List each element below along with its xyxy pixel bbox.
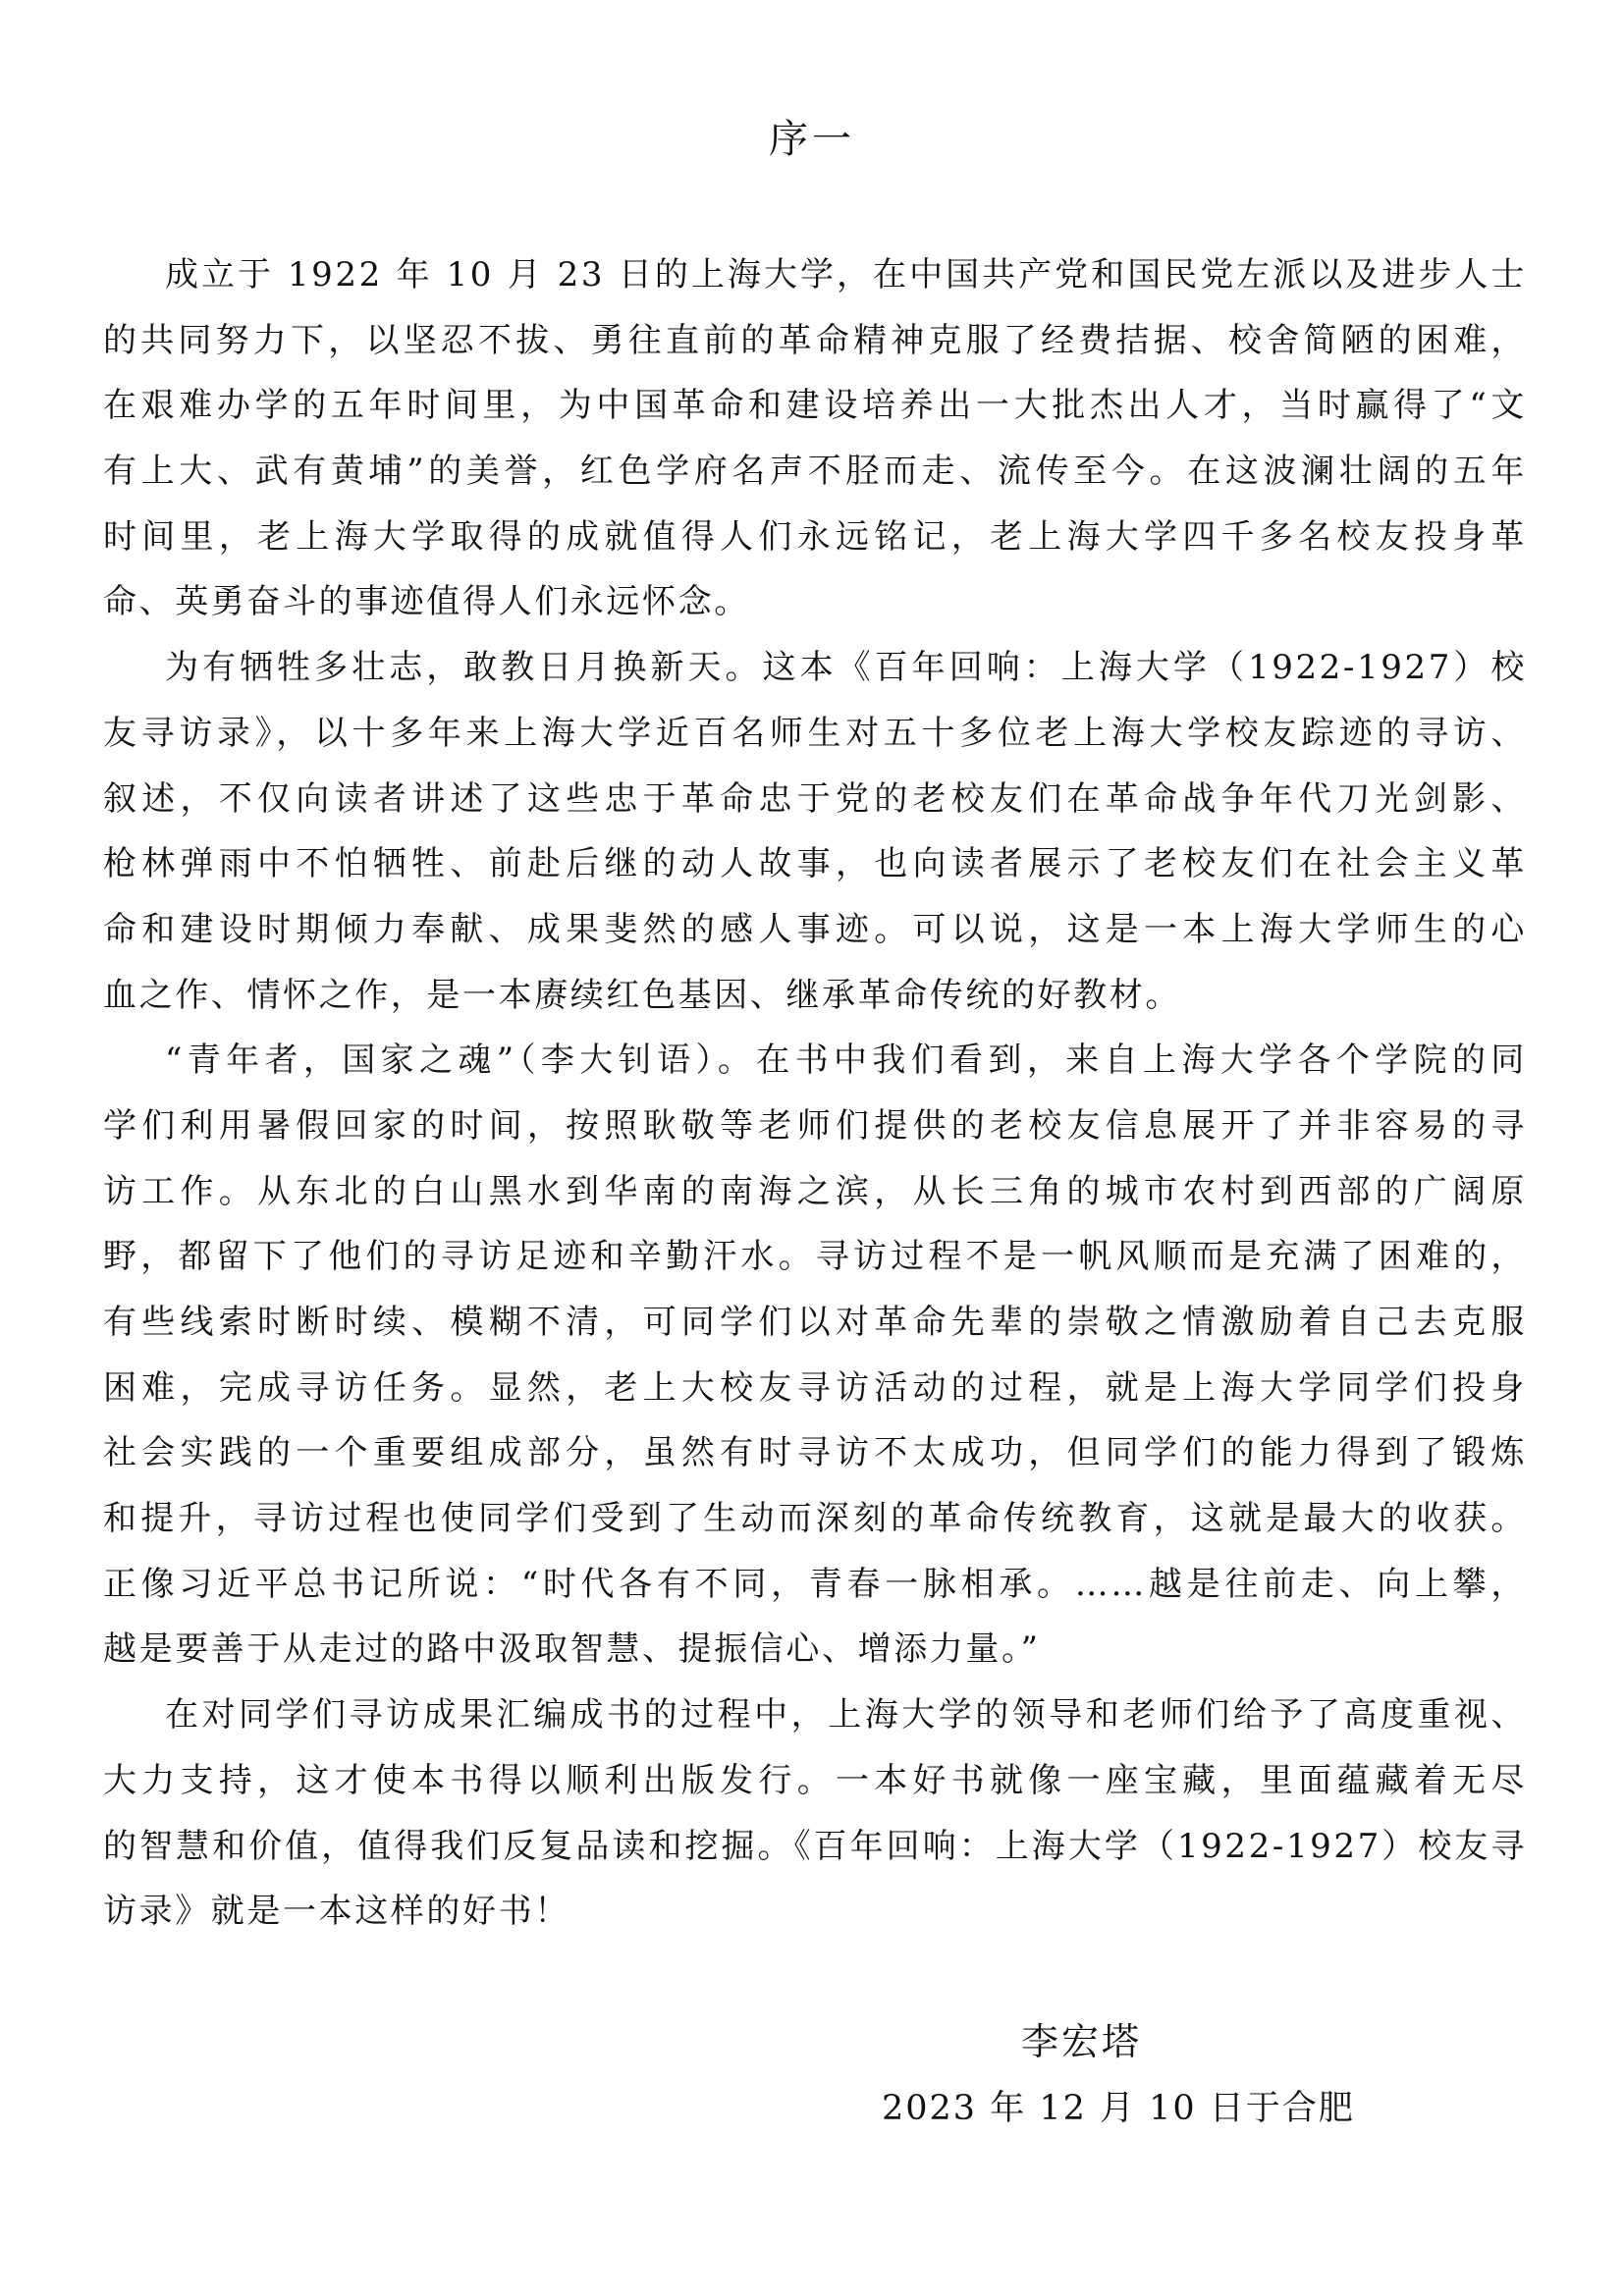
text-line: 血之作、情怀之作，是一本赓续红色基因、继承革命传统的好教材。 <box>103 968 1527 1034</box>
text-line: 困难，完成寻访任务。显然，老上大校友寻访活动的过程，就是上海大学同学们投身 <box>103 1361 1527 1426</box>
author-signature: 李宏塔 <box>1021 2014 1142 2069</box>
signature-date: 2023 年 12 月 10 日于合肥 <box>882 2081 1355 2136</box>
text-line: 为有牺牲多壮志，敢教日月换新天。这本《百年回响：上海大学（1922-1927）校 <box>103 640 1527 706</box>
text-line: 有些线索时断时续、模糊不清，可同学们以对革命先辈的崇敬之情激励着自己去克服 <box>103 1295 1527 1361</box>
text-line: “青年者，国家之魂”（李大钊语）。在书中我们看到，来自上海大学各个学院的同 <box>103 1033 1527 1098</box>
text-line: 有上大、武有黄埔”的美誉，红色学府名声不胫而走、流传至今。在这波澜壮阔的五年 <box>103 444 1527 509</box>
text-line: 野，都留下了他们的寻访足迹和辛勤汗水。寻访过程不是一帆风顺而是充满了困难的， <box>103 1229 1527 1295</box>
text-line: 命和建设时期倾力奉献、成果斐然的感人事迹。可以说，这是一本上海大学师生的心 <box>103 902 1527 968</box>
text-line: 成立于 1922 年 10 月 23 日的上海大学，在中国共产党和国民党左派以及… <box>103 247 1527 313</box>
text-line: 的共同努力下，以坚忍不拔、勇往直前的革命精神克服了经费拮据、校舍简陋的困难， <box>103 313 1527 379</box>
text-line: 学们利用暑假回家的时间，按照耿敬等老师们提供的老校友信息展开了并非容易的寻 <box>103 1098 1527 1164</box>
text-line: 正像习近平总书记所说：“时代各有不同，青春一脉相承。……越是往前走、向上攀， <box>103 1557 1527 1623</box>
text-line: 时间里，老上海大学取得的成就值得人们永远铭记，老上海大学四千多名校友投身革 <box>103 509 1527 575</box>
text-line: 大力支持，这才使本书得以顺利出版发行。一本好书就像一座宝藏，里面蕴藏着无尽 <box>103 1753 1527 1819</box>
document-page: 序一 成立于 1922 年 10 月 23 日的上海大学，在中国共产党和国民党左… <box>0 0 1624 2296</box>
text-line: 命、英勇奋斗的事迹值得人们永远怀念。 <box>103 574 1527 640</box>
text-line: 在对同学们寻访成果汇编成书的过程中，上海大学的领导和老师们给予了高度重视、 <box>103 1687 1527 1753</box>
text-line: 社会实践的一个重要组成部分，虽然有时寻访不太成功，但同学们的能力得到了锻炼 <box>103 1425 1527 1491</box>
paragraph-4: 在对同学们寻访成果汇编成书的过程中，上海大学的领导和老师们给予了高度重视、 大力… <box>103 1687 1527 1949</box>
page-title: 序一 <box>0 110 1624 169</box>
paragraph-1: 成立于 1922 年 10 月 23 日的上海大学，在中国共产党和国民党左派以及… <box>103 247 1527 640</box>
text-line: 友寻访录》，以十多年来上海大学近百名师生对五十多位老上海大学校友踪迹的寻访、 <box>103 706 1527 772</box>
text-line: 在艰难办学的五年时间里，为中国革命和建设培养出一大批杰出人才，当时赢得了“文 <box>103 378 1527 444</box>
text-line: 叙述，不仅向读者讲述了这些忠于革命忠于党的老校友们在革命战争年代刀光剑影、 <box>103 772 1527 837</box>
text-line: 越是要善于从走过的路中汲取智慧、提振信心、增添力量。” <box>103 1622 1527 1687</box>
text-line: 访工作。从东北的白山黑水到华南的南海之滨，从长三角的城市农村到西部的广阔原 <box>103 1164 1527 1230</box>
text-line: 和提升，寻访过程也使同学们受到了生动而深刻的革命传统教育，这就是最大的收获。 <box>103 1491 1527 1557</box>
text-line: 枪林弹雨中不怕牺牲、前赴后继的动人故事，也向读者展示了老校友们在社会主义革 <box>103 836 1527 902</box>
preface-body: 成立于 1922 年 10 月 23 日的上海大学，在中国共产党和国民党左派以及… <box>103 247 1527 1949</box>
paragraph-2: 为有牺牲多壮志，敢教日月换新天。这本《百年回响：上海大学（1922-1927）校… <box>103 640 1527 1033</box>
text-line: 的智慧和价值，值得我们反复品读和挖掘。《百年回响：上海大学（1922-1927）… <box>103 1819 1527 1885</box>
text-line: 访录》就是一本这样的好书！ <box>103 1884 1527 1949</box>
paragraph-3: “青年者，国家之魂”（李大钊语）。在书中我们看到，来自上海大学各个学院的同 学们… <box>103 1033 1527 1687</box>
